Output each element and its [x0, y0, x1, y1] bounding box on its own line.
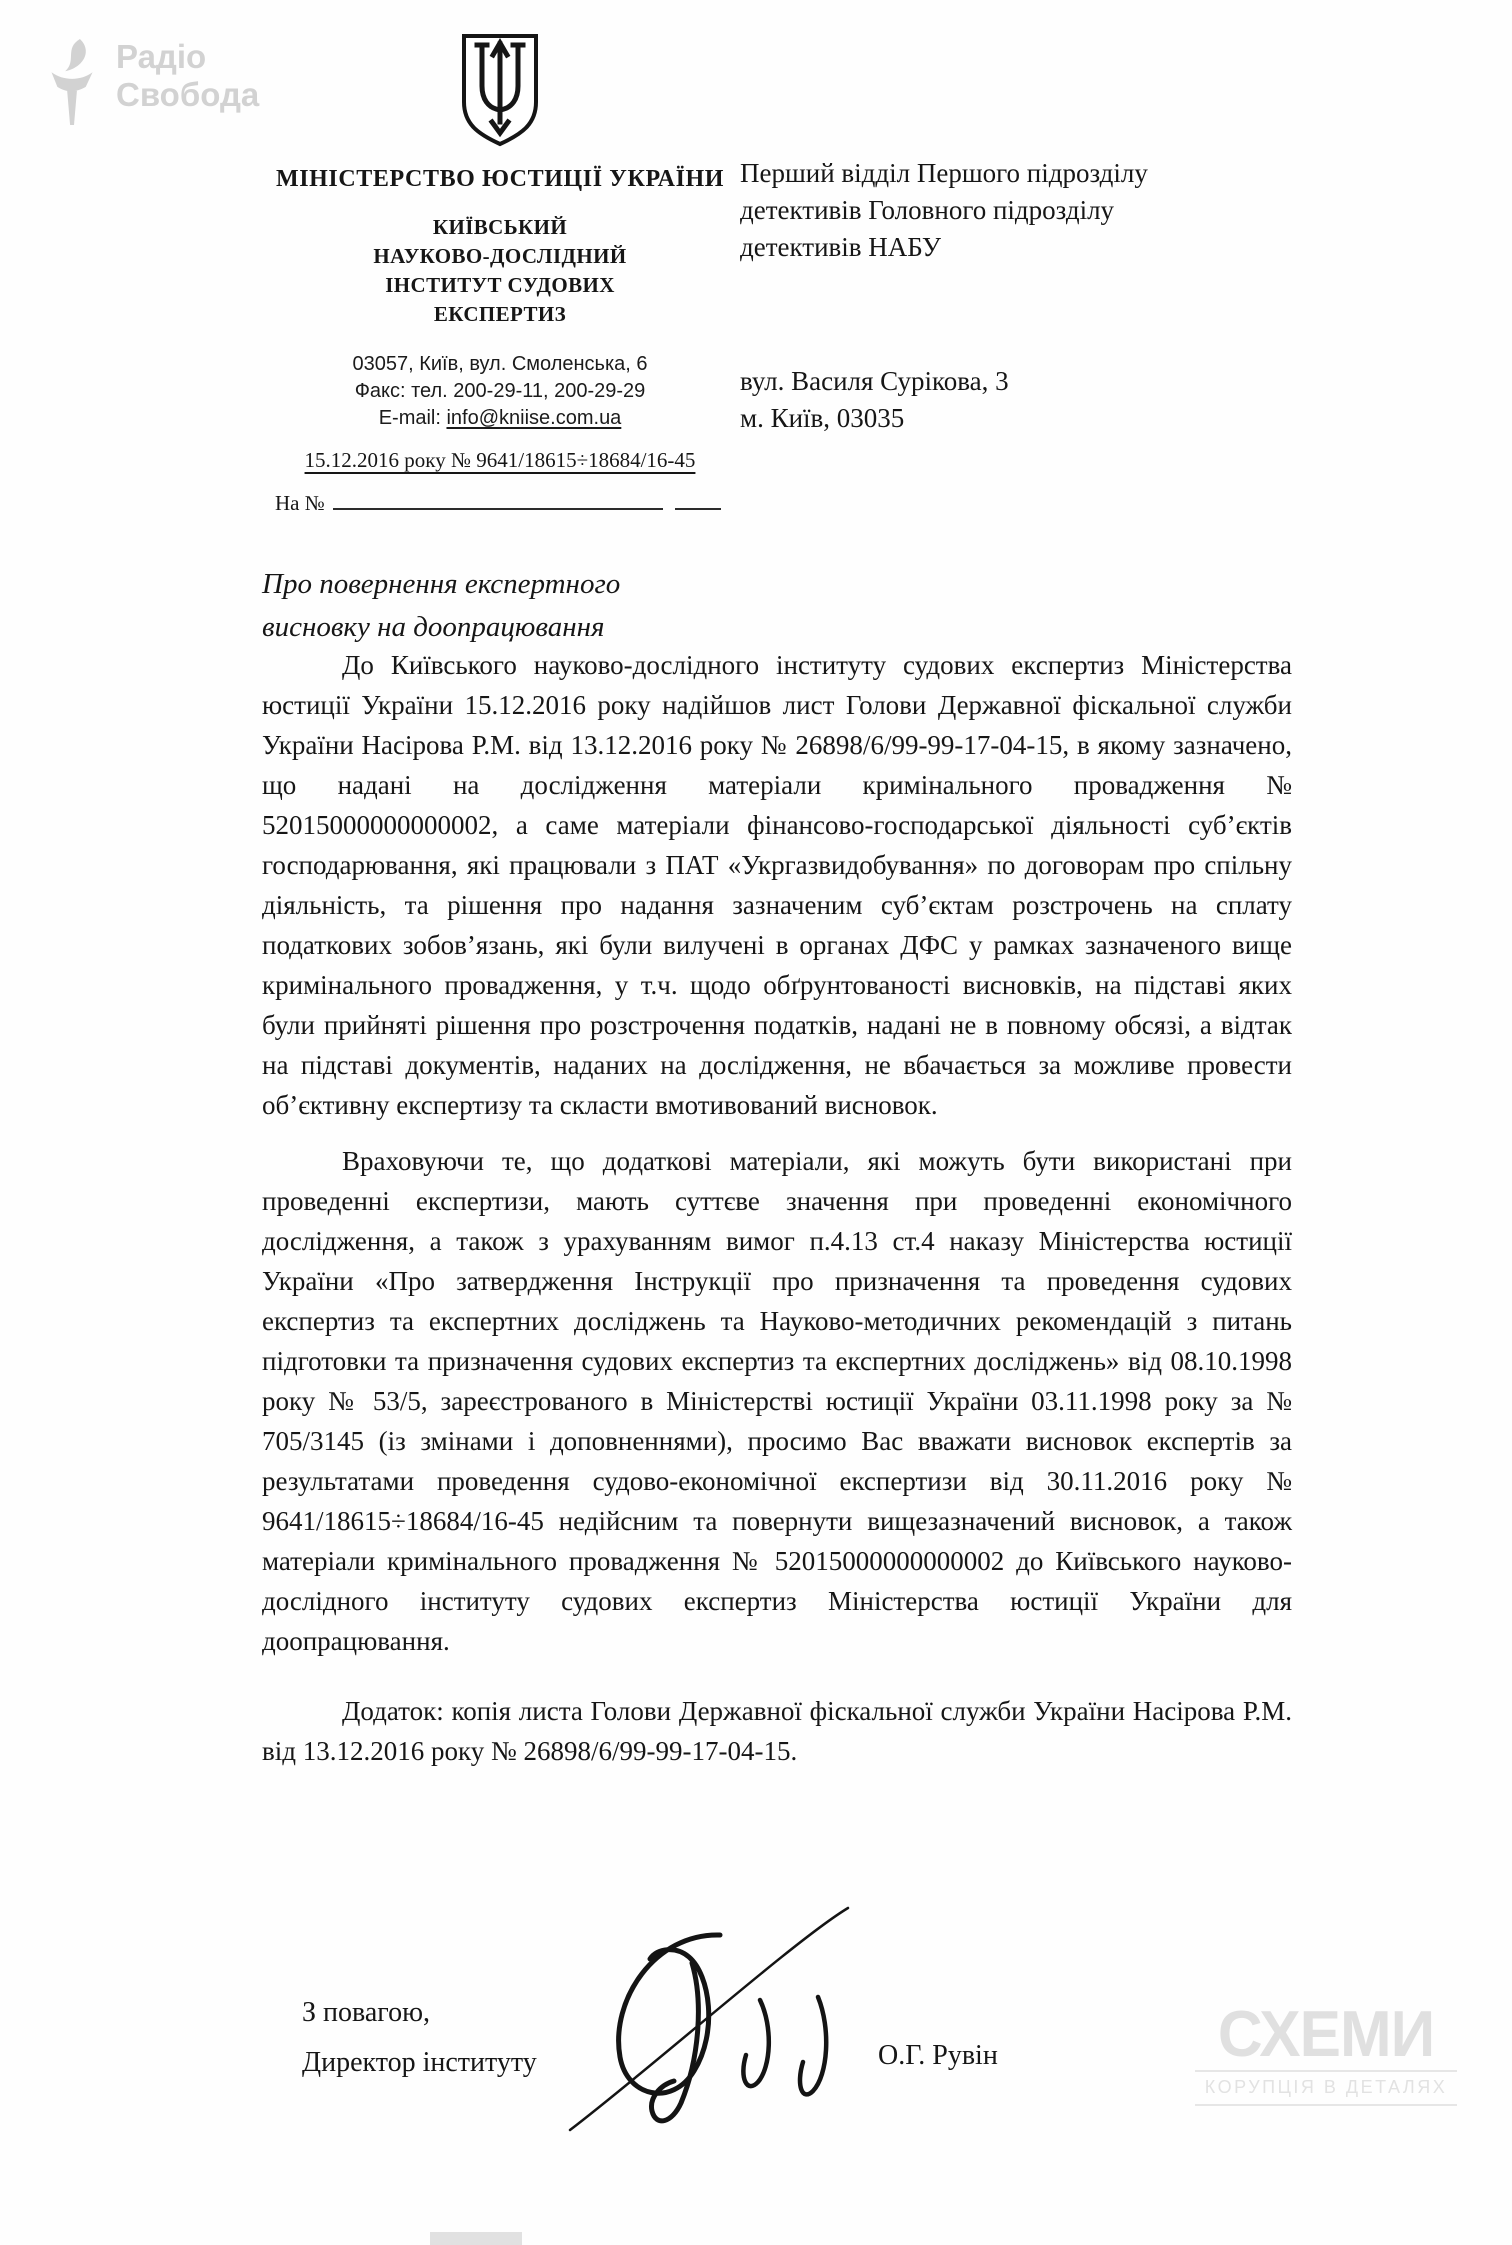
skhemy-title: СХЕМИ [1195, 2002, 1457, 2067]
salutation: З повагою, [302, 1988, 537, 2038]
torch-icon [44, 38, 104, 126]
incoming-ref-row: На № [275, 490, 721, 516]
ministry-title: МІНІСТЕРСТВО ЮСТИЦІЇ УКРАЇНИ [230, 166, 770, 193]
institute-name-line: НАУКОВО-ДОСЛІДНИЙ [230, 242, 770, 271]
sender-fax: Факс: тел. 200-29-11, 200-29-29 [230, 378, 770, 405]
recipient-address: вул. Василя Сурікова, 3 м. Київ, 03035 [740, 363, 1009, 437]
institute-name-line: ЕКСПЕРТИЗ [230, 300, 770, 329]
signature-salutation-block: З повагою, Директор інституту [302, 1988, 537, 2088]
sender-block: МІНІСТЕРСТВО ЮСТИЦІЇ УКРАЇНИ КИЇВСЬКИЙ Н… [230, 30, 770, 473]
attachment-note: Додаток: копія листа Голови Державної фі… [262, 1691, 1292, 1771]
recipient-line: Перший відділ Першого підрозділу [740, 155, 1148, 192]
skhemy-watermark: СХЕМИ КОРУПЦІЯ В ДЕТАЛЯХ [1195, 2004, 1457, 2106]
signature-scribble [540, 1905, 875, 2145]
sender-postal-address: 03057, Київ, вул. Смоленська, 6 [230, 351, 770, 378]
outgoing-ref-number: 15.12.2016 року № 9641/18615÷18684/16-45 [230, 448, 770, 473]
sender-email-row: E-mail: info@kniise.com.ua [230, 405, 770, 432]
scanned-letter-page: Радіо Свобода МІНІСТЕРСТВО ЮСТИЦІЇ УКРАЇ… [0, 0, 1512, 2245]
letter-body: До Київського науково-дослідного інститу… [262, 645, 1292, 1787]
recipient-city: м. Київ, 03035 [740, 400, 1009, 437]
sender-email: info@kniise.com.ua [446, 407, 621, 429]
scan-artifact [430, 2232, 522, 2245]
signatory-title: Директор інституту [302, 2038, 537, 2088]
institute-name-line: КИЇВСЬКИЙ [230, 213, 770, 242]
recipient-line: детективів Головного підрозділу [740, 192, 1148, 229]
sender-address: 03057, Київ, вул. Смоленська, 6 Факс: те… [230, 351, 770, 432]
institute-name-line: ІНСТИТУТ СУДОВИХ [230, 271, 770, 300]
blank-line [333, 490, 663, 510]
recipient-line: детективів НАБУ [740, 229, 1148, 266]
skhemy-subtitle: КОРУПЦІЯ В ДЕТАЛЯХ [1195, 2070, 1457, 2106]
trident-shield-icon [456, 30, 544, 150]
na-no-label: На № [275, 491, 325, 515]
paragraph-2: Враховуючи те, що додаткові матеріали, я… [262, 1141, 1292, 1661]
email-label: E-mail: [379, 407, 441, 429]
subject-line: Про повернення експертного висновку на д… [262, 563, 620, 649]
signatory-name: О.Г. Рувін [878, 2040, 998, 2072]
blank-line [675, 490, 721, 510]
radio-svoboda-watermark: Радіо Свобода [44, 38, 259, 126]
recipient-street: вул. Василя Сурікова, 3 [740, 363, 1009, 400]
institute-name: КИЇВСЬКИЙ НАУКОВО-ДОСЛІДНИЙ ІНСТИТУТ СУД… [230, 213, 770, 329]
paragraph-1: До Київського науково-дослідного інститу… [262, 645, 1292, 1125]
recipient-block: Перший відділ Першого підрозділу детекти… [740, 155, 1148, 266]
